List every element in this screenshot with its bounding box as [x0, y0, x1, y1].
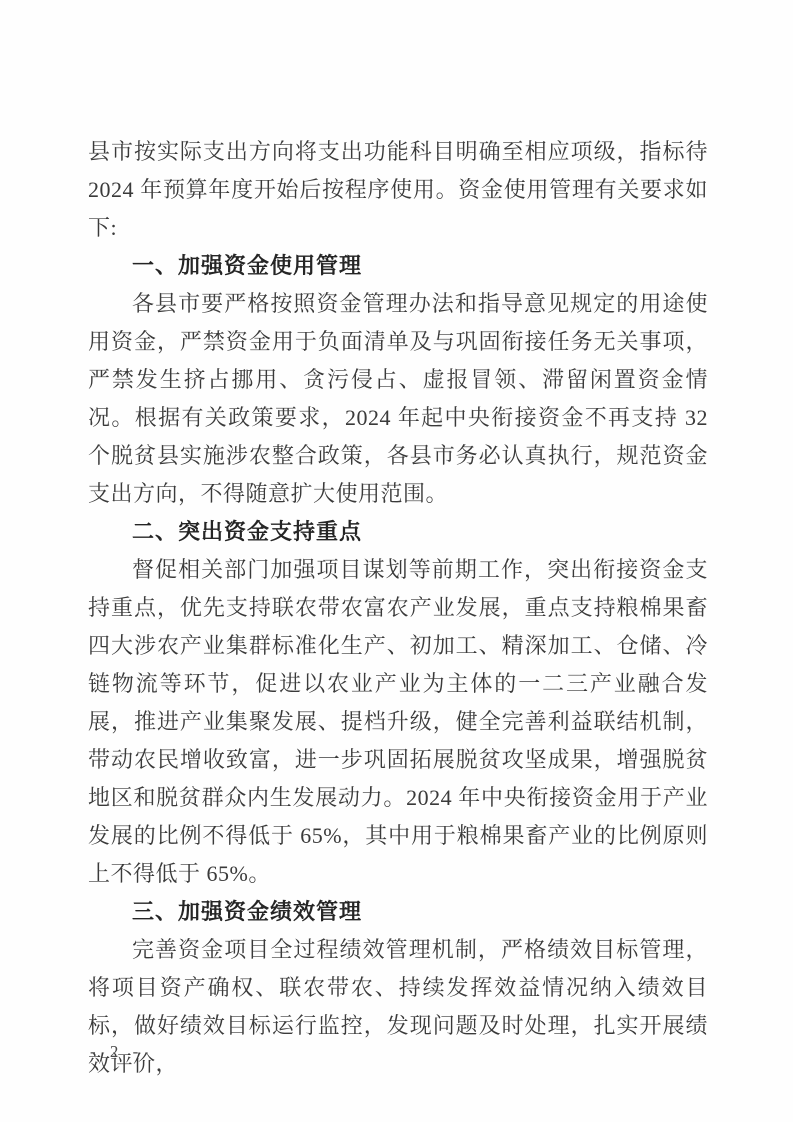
intro-paragraph: 县市按实际支出方向将支出功能科目明确至相应项级，指标待 2024 年预算年度开始…	[88, 133, 708, 247]
section-1-paragraph: 各县市要严格按照资金管理办法和指导意见规定的用途使用资金，严禁资金用于负面清单及…	[88, 285, 708, 513]
page-number: - 2 -	[90, 1042, 143, 1062]
section-1-heading: 一、加强资金使用管理	[88, 247, 708, 285]
section-3-heading: 三、加强资金绩效管理	[88, 893, 708, 931]
document-body: 县市按实际支出方向将支出功能科目明确至相应项级，指标待 2024 年预算年度开始…	[88, 133, 708, 1083]
section-3-paragraph: 完善资金项目全过程绩效管理机制，严格绩效目标管理，将项目资产确权、联农带农、持续…	[88, 931, 708, 1083]
document-page: 县市按实际支出方向将支出功能科目明确至相应项级，指标待 2024 年预算年度开始…	[0, 0, 793, 1122]
section-2-paragraph: 督促相关部门加强项目谋划等前期工作，突出衔接资金支持重点，优先支持联农带农富农产…	[88, 551, 708, 893]
section-2-heading: 二、突出资金支持重点	[88, 513, 708, 551]
